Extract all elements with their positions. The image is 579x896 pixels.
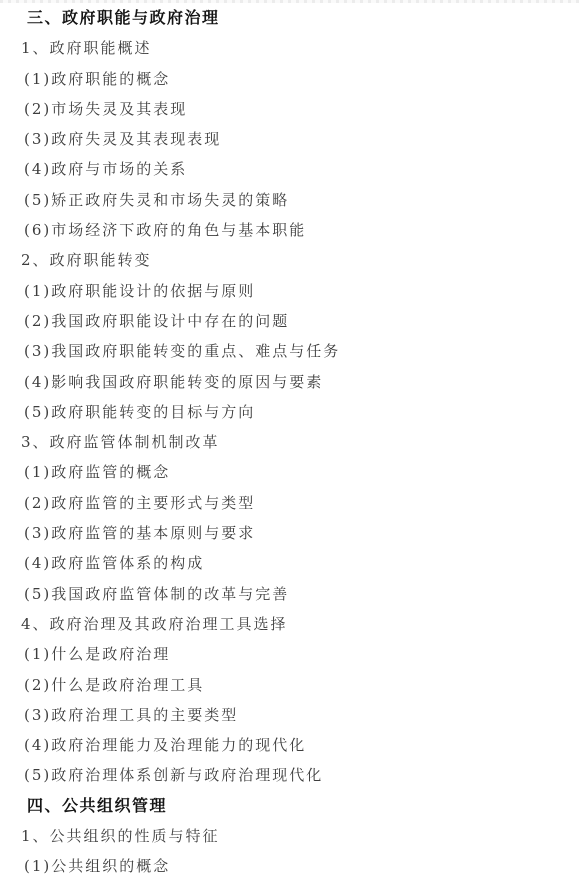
outline-item: (5)政府职能转变的目标与方向 (0, 397, 579, 427)
section-heading: 1、政府职能概述 (0, 33, 579, 63)
section-heading: 2、政府职能转变 (0, 245, 579, 275)
chapter-heading: 四、公共组织管理 (0, 791, 579, 821)
outline-item: (5)政府治理体系创新与政府治理现代化 (0, 760, 579, 790)
section-heading: 3、政府监管体制机制改革 (0, 427, 579, 457)
outline-item: (1)什么是政府治理 (0, 639, 579, 669)
chapter-heading: 三、政府职能与政府治理 (0, 3, 579, 33)
outline-item: (5)矫正政府失灵和市场失灵的策略 (0, 185, 579, 215)
outline-item: (1)政府职能设计的依据与原则 (0, 276, 579, 306)
section-heading: 4、政府治理及其政府治理工具选择 (0, 609, 579, 639)
outline-item: (2)什么是政府治理工具 (0, 670, 579, 700)
syllabus-outline: 三、政府职能与政府治理1、政府职能概述(1)政府职能的概念(2)市场失灵及其表现… (0, 3, 579, 882)
outline-item: (2)市场失灵及其表现 (0, 94, 579, 124)
outline-item: (4)政府与市场的关系 (0, 154, 579, 184)
outline-item: (6)市场经济下政府的角色与基本职能 (0, 215, 579, 245)
outline-item: (4)政府治理能力及治理能力的现代化 (0, 730, 579, 760)
outline-item: (4)影响我国政府职能转变的原因与要素 (0, 367, 579, 397)
outline-item: (3)政府失灵及其表现表现 (0, 124, 579, 154)
outline-item: (2)我国政府职能设计中存在的问题 (0, 306, 579, 336)
outline-item: (3)政府治理工具的主要类型 (0, 700, 579, 730)
section-heading: 1、公共组织的性质与特征 (0, 821, 579, 851)
document-page: 三、政府职能与政府治理1、政府职能概述(1)政府职能的概念(2)市场失灵及其表现… (0, 0, 579, 896)
outline-item: (3)政府监管的基本原则与要求 (0, 518, 579, 548)
outline-item: (2)政府监管的主要形式与类型 (0, 488, 579, 518)
outline-item: (1)政府监管的概念 (0, 457, 579, 487)
outline-item: (5)我国政府监管体制的改革与完善 (0, 579, 579, 609)
outline-item: (3)我国政府职能转变的重点、难点与任务 (0, 336, 579, 366)
outline-item: (4)政府监管体系的构成 (0, 548, 579, 578)
outline-item: (1)公共组织的概念 (0, 851, 579, 881)
outline-item: (1)政府职能的概念 (0, 64, 579, 94)
